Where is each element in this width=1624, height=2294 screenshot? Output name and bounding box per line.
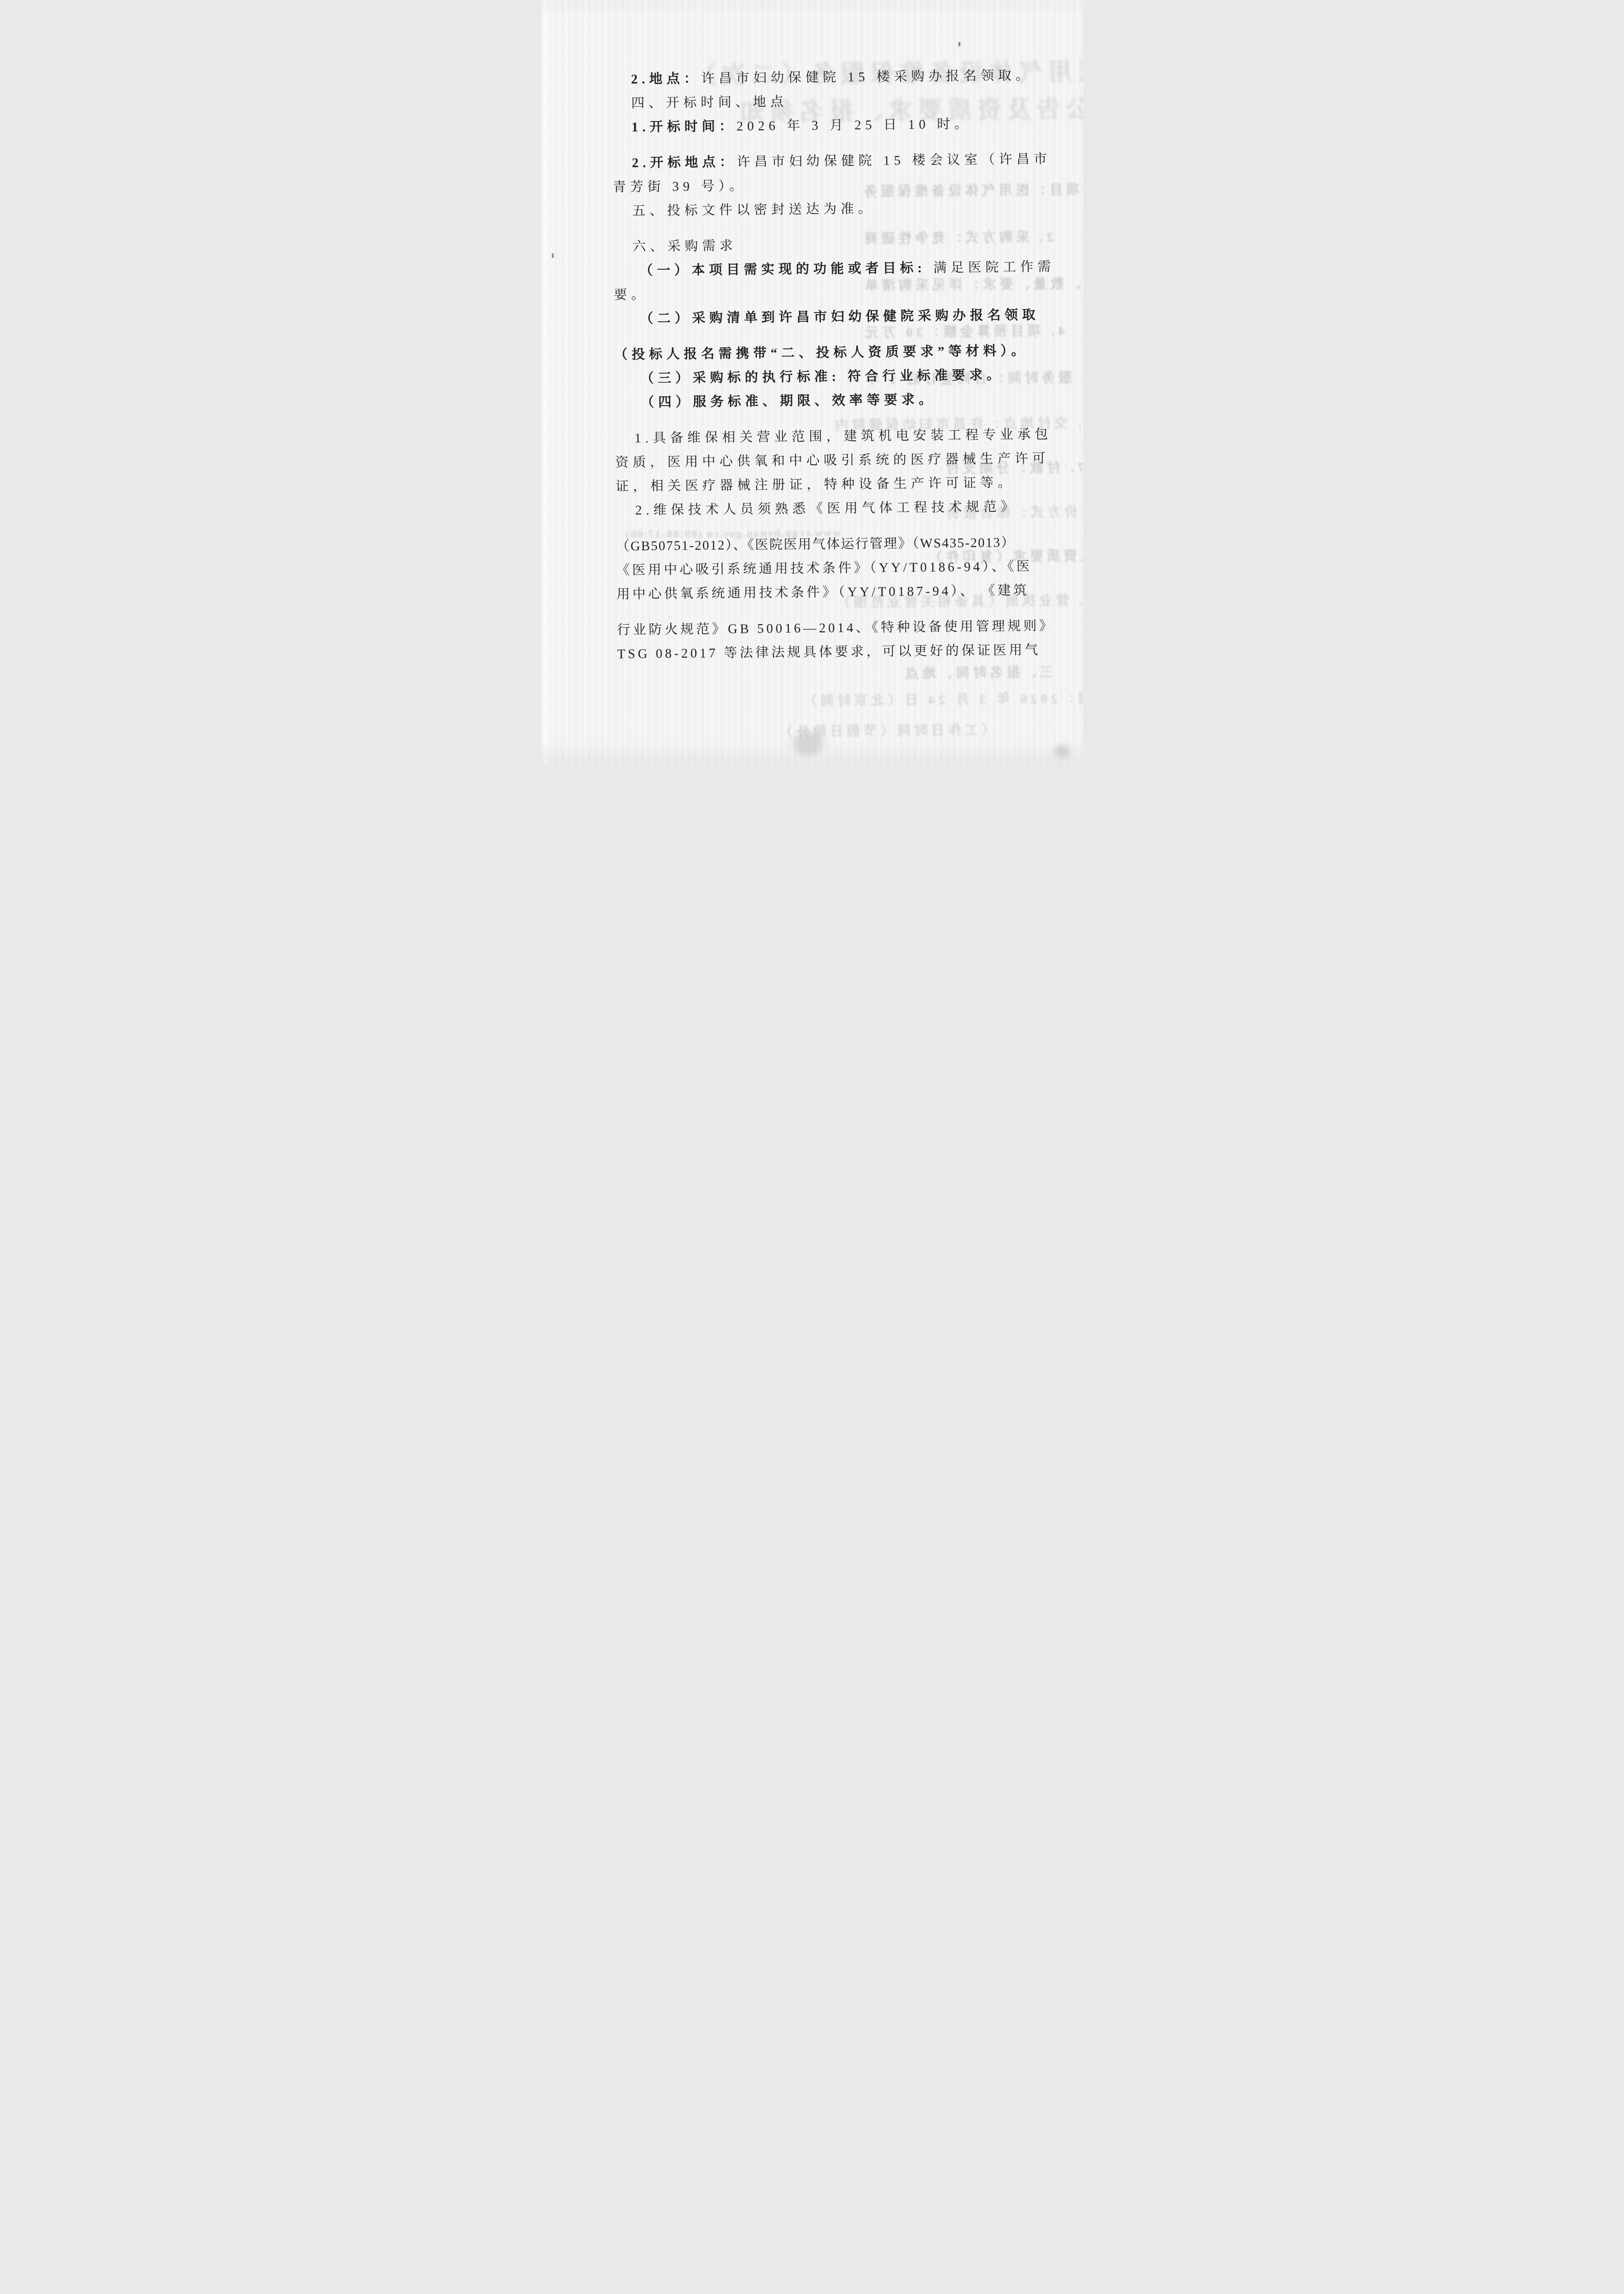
document-line: 2.维保技术人员须熟悉《医用气体工程技术规范》: [616, 494, 1053, 522]
text-segment: （GB50751-2012）、《医院医用气体运行管理》（WS435-2013）: [616, 535, 1015, 553]
document-line: TSG 08-2017 等法律法规具体要求，可以更好的保证医用气: [617, 637, 1054, 666]
text-segment: 满足医院工作需: [926, 259, 1055, 275]
document-line: 行业防火规范》GB 50016—2014、《特种设备使用管理规则》: [617, 613, 1054, 642]
text-segment: 四、开标时间、地点: [631, 94, 787, 110]
text-segment: 许昌市妇幼保健院 15 楼采购办报名领取。: [701, 68, 1032, 86]
text-segment: （一）本项目需实现的功能或者目标:: [639, 261, 926, 278]
document-line: （二）采购清单到许昌市妇幼保健院采购办报名领取: [614, 302, 1051, 330]
document-line: （投标人报名需携带“二、投标人资质要求”等材料）。: [614, 338, 1052, 366]
document-line: 1.开标时间：2026 年 3 月 25 日 10 时。: [611, 111, 1049, 139]
text-segment: TSG 08-2017 等法律法规具体要求，可以更好的保证医用气: [617, 643, 1040, 661]
text-segment: 六、采购需求: [632, 238, 737, 254]
document-line: 要。: [614, 278, 1051, 306]
document-line: （四）服务标准、期限、效率等要求。: [615, 386, 1052, 414]
document-line: 用中心供氧系统通用技术条件》（YY/T0187-94）、 《建筑: [616, 578, 1054, 606]
document-line: （一）本项目需实现的功能或者目标: 满足医院工作需: [613, 254, 1051, 282]
text-segment: 1.开标时间：: [631, 119, 737, 134]
text-segment: 行业防火规范》GB 50016—2014、《特种设备使用管理规则》: [617, 618, 1055, 637]
document-line: （三）采购标的执行标准: 符合行业标准要求。: [614, 362, 1052, 390]
document-line: 1.具备维保相关营业范围，建筑机电安装工程专业承包: [615, 422, 1052, 450]
text-segment: 五、投标文件以密封送达为准。: [632, 201, 875, 219]
text-segment: （三）采购标的执行标准:: [640, 369, 840, 386]
text-segment: 2.地点：: [631, 71, 701, 86]
document-line: 资质，医用中心供氧和中心吸引系统的医疗器械生产许可: [615, 446, 1053, 474]
text-segment: 要。: [614, 287, 648, 302]
text-segment: 《医用中心吸引系统通用技术条件》（YY/T0186-94）、《医: [616, 559, 1032, 578]
ghost-line: 三、报名时间、地点: [902, 661, 1053, 682]
text-segment: 证，相关医疗器械注册证，特种设备生产许可证等。: [615, 475, 1015, 494]
document-line: 2.开标地点：许昌市妇幼保健院 15 楼会议室（许昌市: [612, 147, 1050, 175]
document-line: 2.地点：许昌市妇幼保健院 15 楼采购办报名领取。: [611, 63, 1049, 91]
ghost-line: 1. 报名截止时间：2026 年 3 月 24 日（北京时间）: [799, 687, 1082, 710]
document-line: 青芳街 39 号）。: [613, 171, 1050, 199]
document-line: 四、开标时间、地点: [611, 87, 1049, 115]
text-segment: （四）服务标准、期限、效率等要求。: [641, 392, 936, 410]
text-segment: 资质，医用中心供氧和中心吸引系统的医疗器械生产许可: [615, 451, 1049, 470]
text-segment: 符合行业标准要求。: [840, 367, 1004, 384]
text-segment: 2.维保技术人员须熟悉《医用气体工程技术规范》: [635, 499, 1018, 517]
scanned-page: 许昌市妇幼保健院医用气体设备维保服务（二次）磋商公告及资质要求、报名须知1. 采…: [542, 0, 1083, 765]
text-segment: 青芳街 39 号）。: [613, 178, 746, 195]
text-segment: 许昌市妇幼保健院 15 楼会议室（许昌市: [737, 151, 1051, 169]
document-line: 五、投标文件以密封送达为准。: [613, 195, 1050, 223]
document-line: 证，相关医疗器械注册证，特种设备生产许可证等。: [615, 470, 1053, 498]
bleed-through-layer: 许昌市妇幼保健院医用气体设备维保服务（二次）磋商公告及资质要求、报名须知1. 采…: [542, 0, 1079, 3]
text-segment: 用中心供氧系统通用技术条件》（YY/T0187-94）、 《建筑: [616, 583, 1029, 602]
text-segment: （二）采购清单到许昌市妇幼保健院采购办报名领取: [640, 308, 1039, 326]
text-segment: （投标人报名需携带“二、投标人资质要求”等材料）。: [614, 343, 1028, 362]
text-segment: 2026 年 3 月 25 日 10 时。: [736, 116, 972, 133]
text-segment: 2.开标地点：: [631, 154, 737, 170]
ghost-line: （工作日时间（节假日除外）: [775, 720, 995, 741]
document-line: 《医用中心吸引系统通用技术条件》（YY/T0186-94）、《医: [616, 554, 1054, 582]
text-segment: 1.具备维保相关营业范围，建筑机电安装工程专业承包: [634, 427, 1052, 445]
document-line: 六、采购需求: [613, 231, 1051, 259]
document-line: （GB50751-2012）、《医院医用气体运行管理》（WS435-2013）: [616, 530, 1053, 558]
document-body: 2.地点：许昌市妇幼保健院 15 楼采购办报名领取。四、开标时间、地点1.开标时…: [611, 63, 1055, 666]
scan-rotation-layer: 许昌市妇幼保健院医用气体设备维保服务（二次）磋商公告及资质要求、报名须知1. 采…: [542, 0, 1083, 765]
